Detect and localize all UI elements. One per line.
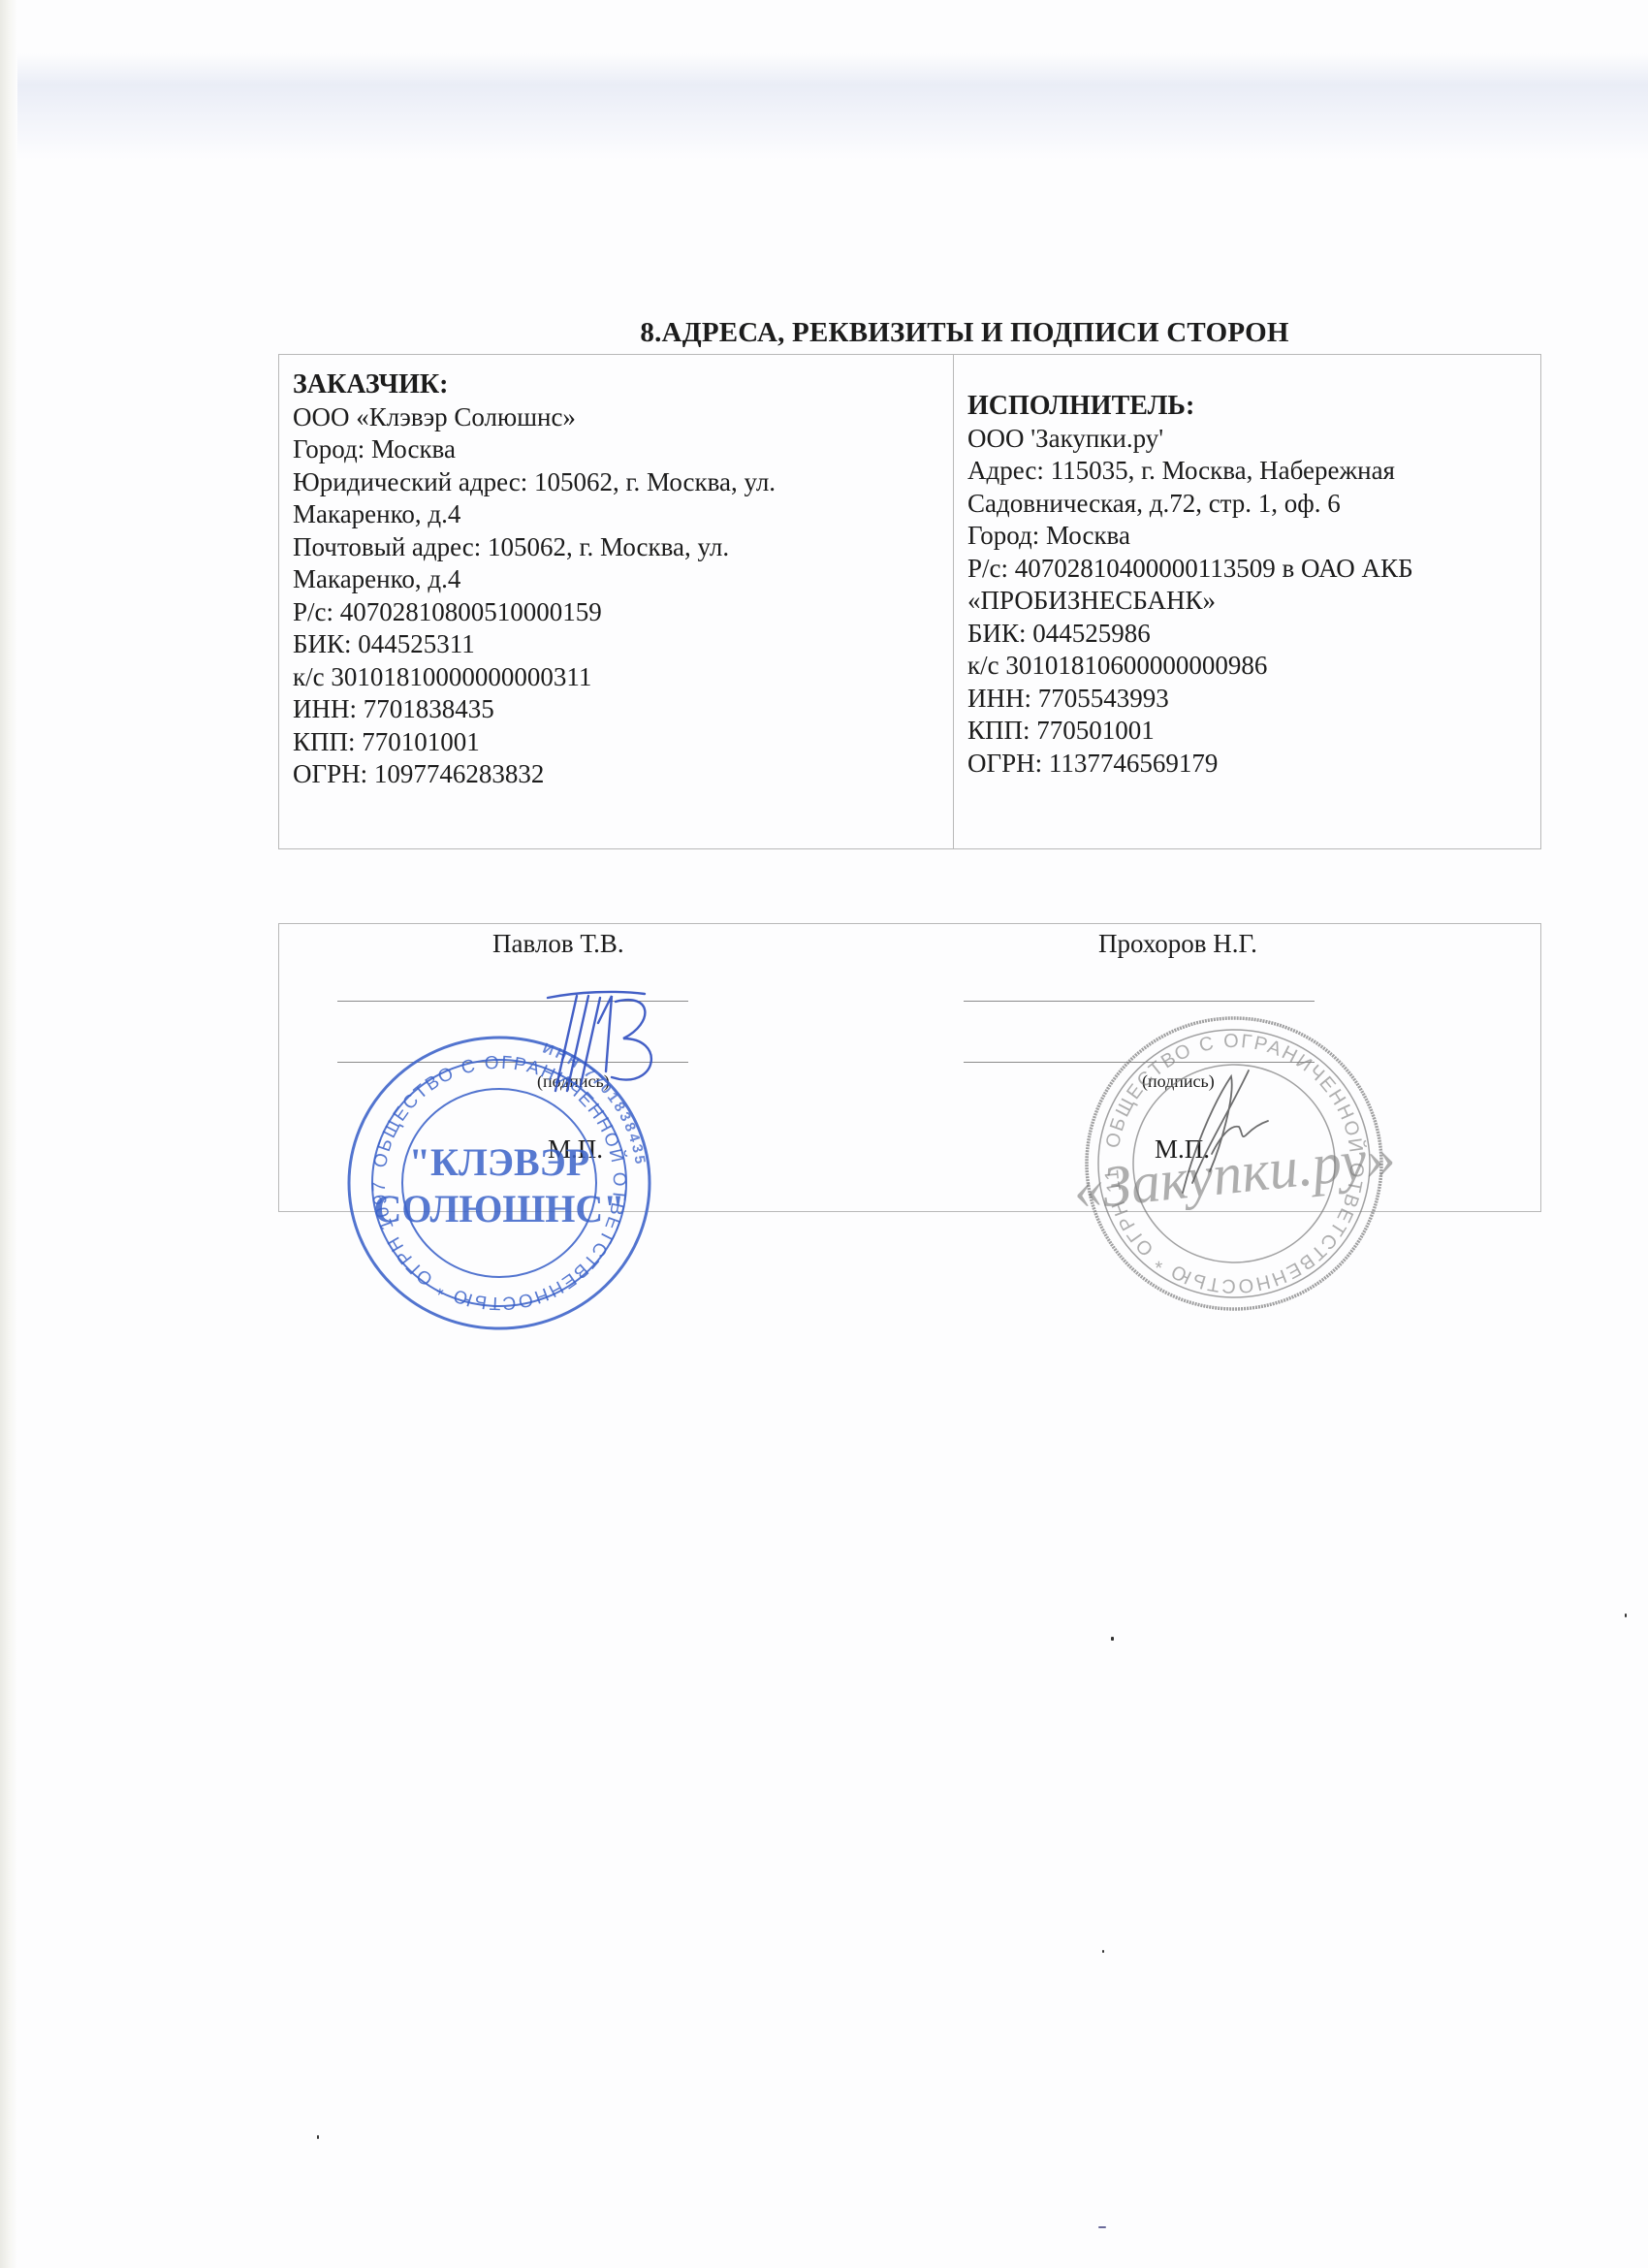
requisite-line: Макаренко, д.4 (293, 498, 939, 531)
requisite-line: Почтовый адрес: 105062, г. Москва, ул. (293, 531, 939, 564)
svg-text:"КЛЭВЭР: "КЛЭВЭР (409, 1140, 589, 1184)
requisite-line: Макаренко, д.4 (293, 563, 939, 596)
requisite-line: Адрес: 115035, г. Москва, Набережная (967, 455, 1527, 488)
requisite-line: ОГРН: 1097746283832 (293, 758, 939, 791)
requisite-line: к/с 30101810600000000986 (967, 650, 1527, 683)
customer-requisites: ЗАКАЗЧИК: ООО «Клэвэр Солюшнс»Город: Мос… (279, 355, 954, 848)
requisite-line: «ПРОБИЗНЕСБАНК» (967, 585, 1527, 618)
customer-signer-name: Павлов Т.В. (492, 929, 624, 959)
scan-speck (317, 2135, 319, 2139)
scan-speck (1625, 1613, 1627, 1617)
customer-signature-icon (538, 984, 674, 1101)
customer-heading: ЗАКАЗЧИК: (293, 368, 939, 401)
requisite-line: КПП: 770501001 (967, 715, 1527, 748)
scan-tint-band (17, 53, 1648, 160)
scan-speck (1111, 1637, 1114, 1641)
contractor-signature-icon (1154, 1057, 1289, 1202)
requisite-line: ИНН: 7701838435 (293, 693, 939, 726)
requisite-line: КПП: 770101001 (293, 726, 939, 759)
requisite-line: Город: Москва (967, 520, 1527, 553)
requisite-line: к/с 30101810000000000311 (293, 661, 939, 694)
requisite-line: Юридический адрес: 105062, г. Москва, ул… (293, 466, 939, 499)
requisite-line: ООО «Клэвэр Солюшнс» (293, 401, 939, 434)
contractor-name-line (964, 1001, 1315, 1002)
requisite-line: Садовническая, д.72, стр. 1, оф. 6 (967, 488, 1527, 521)
requisite-line: Город: Москва (293, 433, 939, 466)
requisite-line: БИК: 044525311 (293, 628, 939, 661)
section-title: 8.АДРЕСА, РЕКВИЗИТЫ И ПОДПИСИ СТОРОН (0, 317, 1648, 349)
requisite-line: БИК: 044525986 (967, 618, 1527, 651)
scan-speck (1102, 1950, 1104, 1953)
contractor-signer-name: Прохоров Н.Г. (1098, 929, 1257, 959)
contractor-requisites: ИСПОЛНИТЕЛЬ: ООО 'Закупки.ру'Адрес: 1150… (954, 355, 1540, 848)
requisite-line: ИНН: 7705543993 (967, 683, 1527, 716)
contractor-lines: ООО 'Закупки.ру'Адрес: 115035, г. Москва… (967, 423, 1527, 781)
scan-speck (1098, 2226, 1106, 2228)
contractor-heading: ИСПОЛНИТЕЛЬ: (967, 390, 1527, 423)
requisite-line: ОГРН: 1137746569179 (967, 748, 1527, 781)
requisite-line: ООО 'Закупки.ру' (967, 423, 1527, 456)
requisites-table: ЗАКАЗЧИК: ООО «Клэвэр Солюшнс»Город: Мос… (278, 354, 1541, 849)
requisite-line: Р/с: 40702810800510000159 (293, 596, 939, 629)
requisite-line: Р/с: 40702810400000113509 в ОАО АКБ (967, 553, 1527, 586)
svg-text:СОЛЮШНС": СОЛЮШНС" (374, 1187, 625, 1230)
customer-lines: ООО «Клэвэр Солюшнс»Город: МоскваЮридиче… (293, 401, 939, 791)
